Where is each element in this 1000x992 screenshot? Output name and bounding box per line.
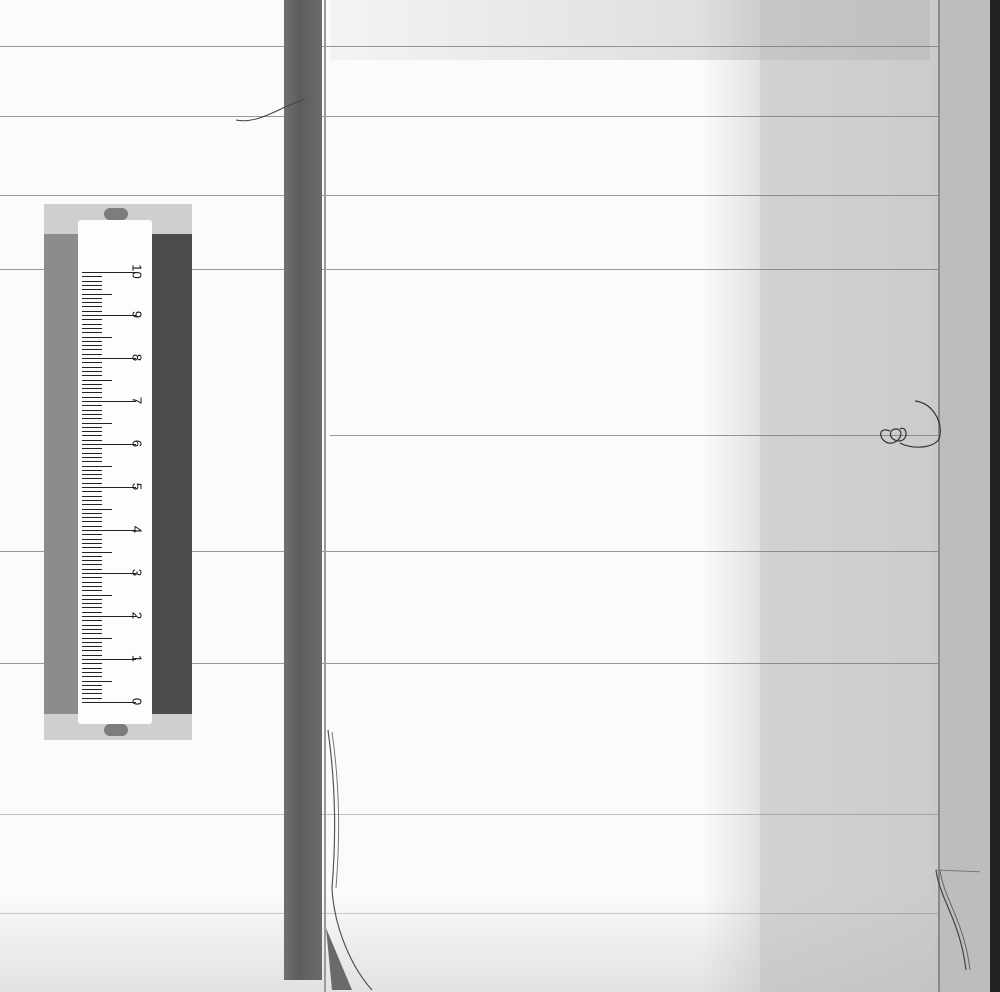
scale-label: 8	[130, 349, 145, 367]
scale-knob-top	[104, 208, 128, 220]
binding-thread	[322, 728, 382, 992]
scale-knob-bottom	[104, 724, 128, 736]
right-margin-column	[938, 0, 992, 992]
scale-label: 0	[130, 693, 145, 711]
scale-label: 9	[130, 306, 145, 324]
scale-label: 6	[130, 435, 145, 453]
measurement-scale: 012345678910	[44, 204, 192, 740]
ink-scribble	[870, 395, 950, 460]
binding-thread-right	[930, 860, 980, 992]
page-shadow	[760, 0, 940, 992]
scale-background-right	[148, 234, 192, 714]
scale-label: 10	[130, 263, 145, 281]
scale-label: 5	[130, 478, 145, 496]
scale-label: 1	[130, 650, 145, 668]
scale-strip: 012345678910	[78, 220, 152, 724]
page-edge	[990, 0, 1000, 992]
binding-spine	[284, 0, 322, 980]
scale-label: 3	[130, 564, 145, 582]
ink-stroke	[230, 95, 310, 130]
scale-label: 7	[130, 392, 145, 410]
scale-label: 4	[130, 521, 145, 539]
scale-label: 2	[130, 607, 145, 625]
